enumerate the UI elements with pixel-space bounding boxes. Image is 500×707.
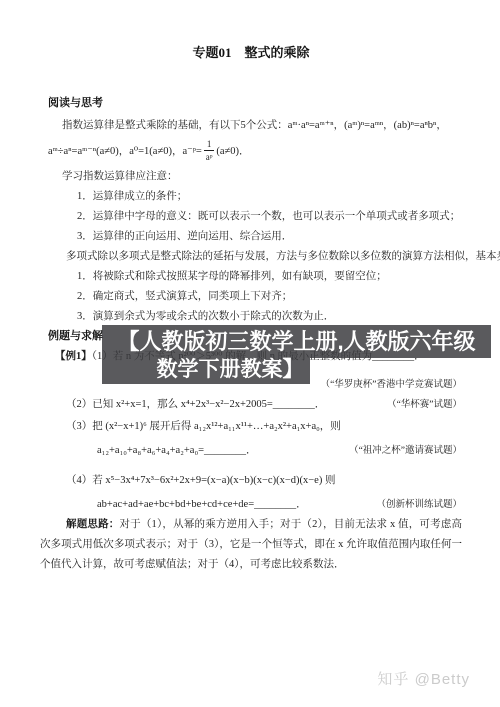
solution-paragraph: 解题思路：对于（1），从幂的乘方逆用入手；对于（2），目前无法求 x 值，可考虑… [40,515,462,575]
problem-3-source: （“祖冲之杯”邀请赛试题） [349,441,462,461]
problem-3-text: （3）把 (x²−x+1)⁶ 展开后得 a₁₂x¹²+a₁₁x¹¹+…+a₂x²… [66,417,462,437]
note-intro: 学习指数运算律应注意： [62,167,462,187]
division-intro: 多项式除以多项式是整式除法的延拓与发展，方法与多位数除以多位数的演算方法相似，基… [66,247,462,267]
document-page: 专题01 整式的乘除 阅读与思考 指数运算律是整式乘除的基础，有以下5个公式：a… [0,0,500,707]
formula-pre: aᵐ÷aⁿ=aᵐ⁻ⁿ(a≠0)，a⁰=1(a≠0)，a⁻ᵖ= [48,143,202,158]
fraction: 1 aᵖ [204,139,215,162]
reading-section-heading: 阅读与思考 [48,94,462,112]
ad-overlay-banner: 【人教版初三数学上册,人教版六年级 数学下册教案】 [102,325,491,384]
problem-4-equation: ab+ac+ad+ae+bc+bd+be+cd+ce+de=________． [97,495,307,515]
problem-3-continuation: a₁₂+a₁₀+a₈+a₆+a₄+a₂+a₀=________． （“祖冲之杯”… [97,441,462,461]
step-item-1: 1．将被除式和除式按照某字母的降幂排列，如有缺项，要留空位； [77,267,462,287]
problem-2: （2）已知 x²+x=1，那么 x⁴+2x³−x²−2x+2005=______… [66,395,462,415]
note-item-2: 2．运算律中字母的意义：既可以表示一个数，也可以表示一个单项式或者多项式； [77,207,462,227]
doc-title: 专题01 整式的乘除 [40,44,462,62]
ad-overlay-line1: 【人教版初三数学上册,人教版六年级 [102,325,491,358]
fraction-denominator: aᵖ [206,151,213,162]
formula-line: aᵐ÷aⁿ=aᵐ⁻ⁿ(a≠0)，a⁰=1(a≠0)，a⁻ᵖ= 1 aᵖ (a≠0… [48,136,462,164]
formula-post: (a≠0)． [216,143,249,158]
step-item-2: 2．确定商式，竖式演算式，同类项上下对齐； [77,287,462,307]
problem-2-text: （2）已知 x²+x=1，那么 x⁴+2x³−x²−2x+2005=______… [66,395,325,415]
reading-intro: 指数运算律是整式乘除的基础，有以下5个公式：aᵐ·aⁿ=aᵐ⁺ⁿ，(aᵐ)ⁿ=a… [40,116,462,136]
problem-3-equation: a₁₂+a₁₀+a₈+a₆+a₄+a₂+a₀=________． [97,441,257,461]
problem-2-source: （“华杯赛”试题） [387,395,462,415]
problem-4-continuation: ab+ac+ad+ae+bc+bd+be+cd+ce+de=________． … [97,495,462,515]
note-item-1: 1．运算律成立的条件； [77,187,462,207]
note-item-3: 3．运算律的正向运用、逆向运用、综合运用． [77,227,462,247]
fraction-numerator: 1 [204,139,215,151]
solution-label: 解题思路： [66,519,119,530]
problem-4-text: （4）若 x⁵−3x⁴+7x³−6x²+2x+9=(x−a)(x−b)(x−c)… [66,471,462,491]
step-item-3: 3．演算到余式为零或余式的次数小于除式的次数为止． [77,307,462,327]
problem-4-source: （创新杯训练试题） [376,495,462,515]
example1-label: 【例1】 [55,351,92,362]
ad-overlay-line2: 数学下册教案】 [102,358,310,384]
zhihu-watermark: 知乎 @Betty [377,668,470,689]
